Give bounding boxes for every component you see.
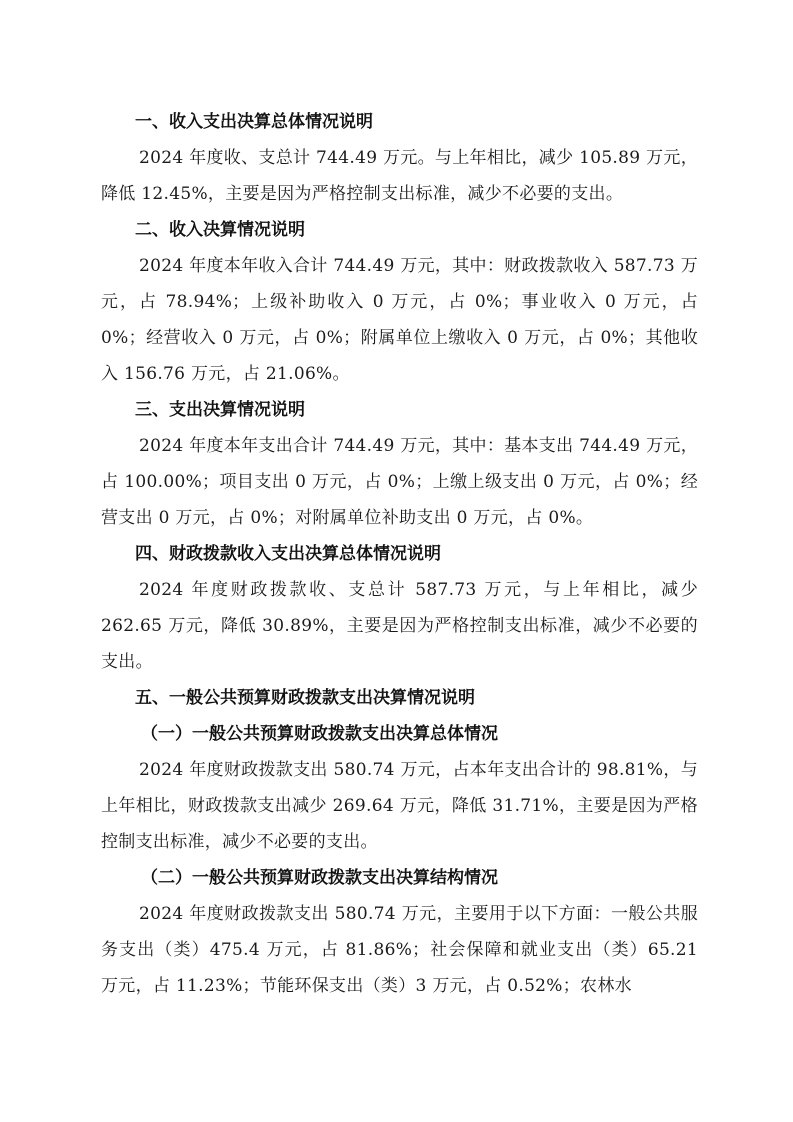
document-page: 一、收入支出决算总体情况说明 2024 年度收、支总计 744.49 万元。与上… xyxy=(101,104,698,1004)
section-paragraph-4: 2024 年度财政拨款收、支总计 587.73 万元，与上年相比，减少 262.… xyxy=(101,572,698,680)
section-heading-4: 四、财政拨款收入支出决算总体情况说明 xyxy=(101,536,698,572)
section-paragraph-1: 2024 年度收、支总计 744.49 万元。与上年相比，减少 105.89 万… xyxy=(101,140,698,212)
section-heading-3: 三、支出决算情况说明 xyxy=(101,392,698,428)
section-paragraph-2: 2024 年度本年收入合计 744.49 万元，其中：财政拨款收入 587.73… xyxy=(101,248,698,392)
section-heading-5: 五、一般公共预算财政拨款支出决算情况说明 xyxy=(101,680,698,716)
subsection-paragraph-5-1: 2024 年度财政拨款支出 580.74 万元，占本年支出合计的 98.81%，… xyxy=(101,752,698,860)
section-paragraph-3: 2024 年度本年支出合计 744.49 万元，其中：基本支出 744.49 万… xyxy=(101,428,698,536)
section-heading-2: 二、收入决算情况说明 xyxy=(101,212,698,248)
subsection-heading-5-1: （一）一般公共预算财政拨款支出决算总体情况 xyxy=(101,716,698,752)
subsection-paragraph-5-2: 2024 年度财政拨款支出 580.74 万元，主要用于以下方面：一般公共服务支… xyxy=(101,896,698,1004)
subsection-heading-5-2: （二）一般公共预算财政拨款支出决算结构情况 xyxy=(101,860,698,896)
section-heading-1: 一、收入支出决算总体情况说明 xyxy=(101,104,698,140)
